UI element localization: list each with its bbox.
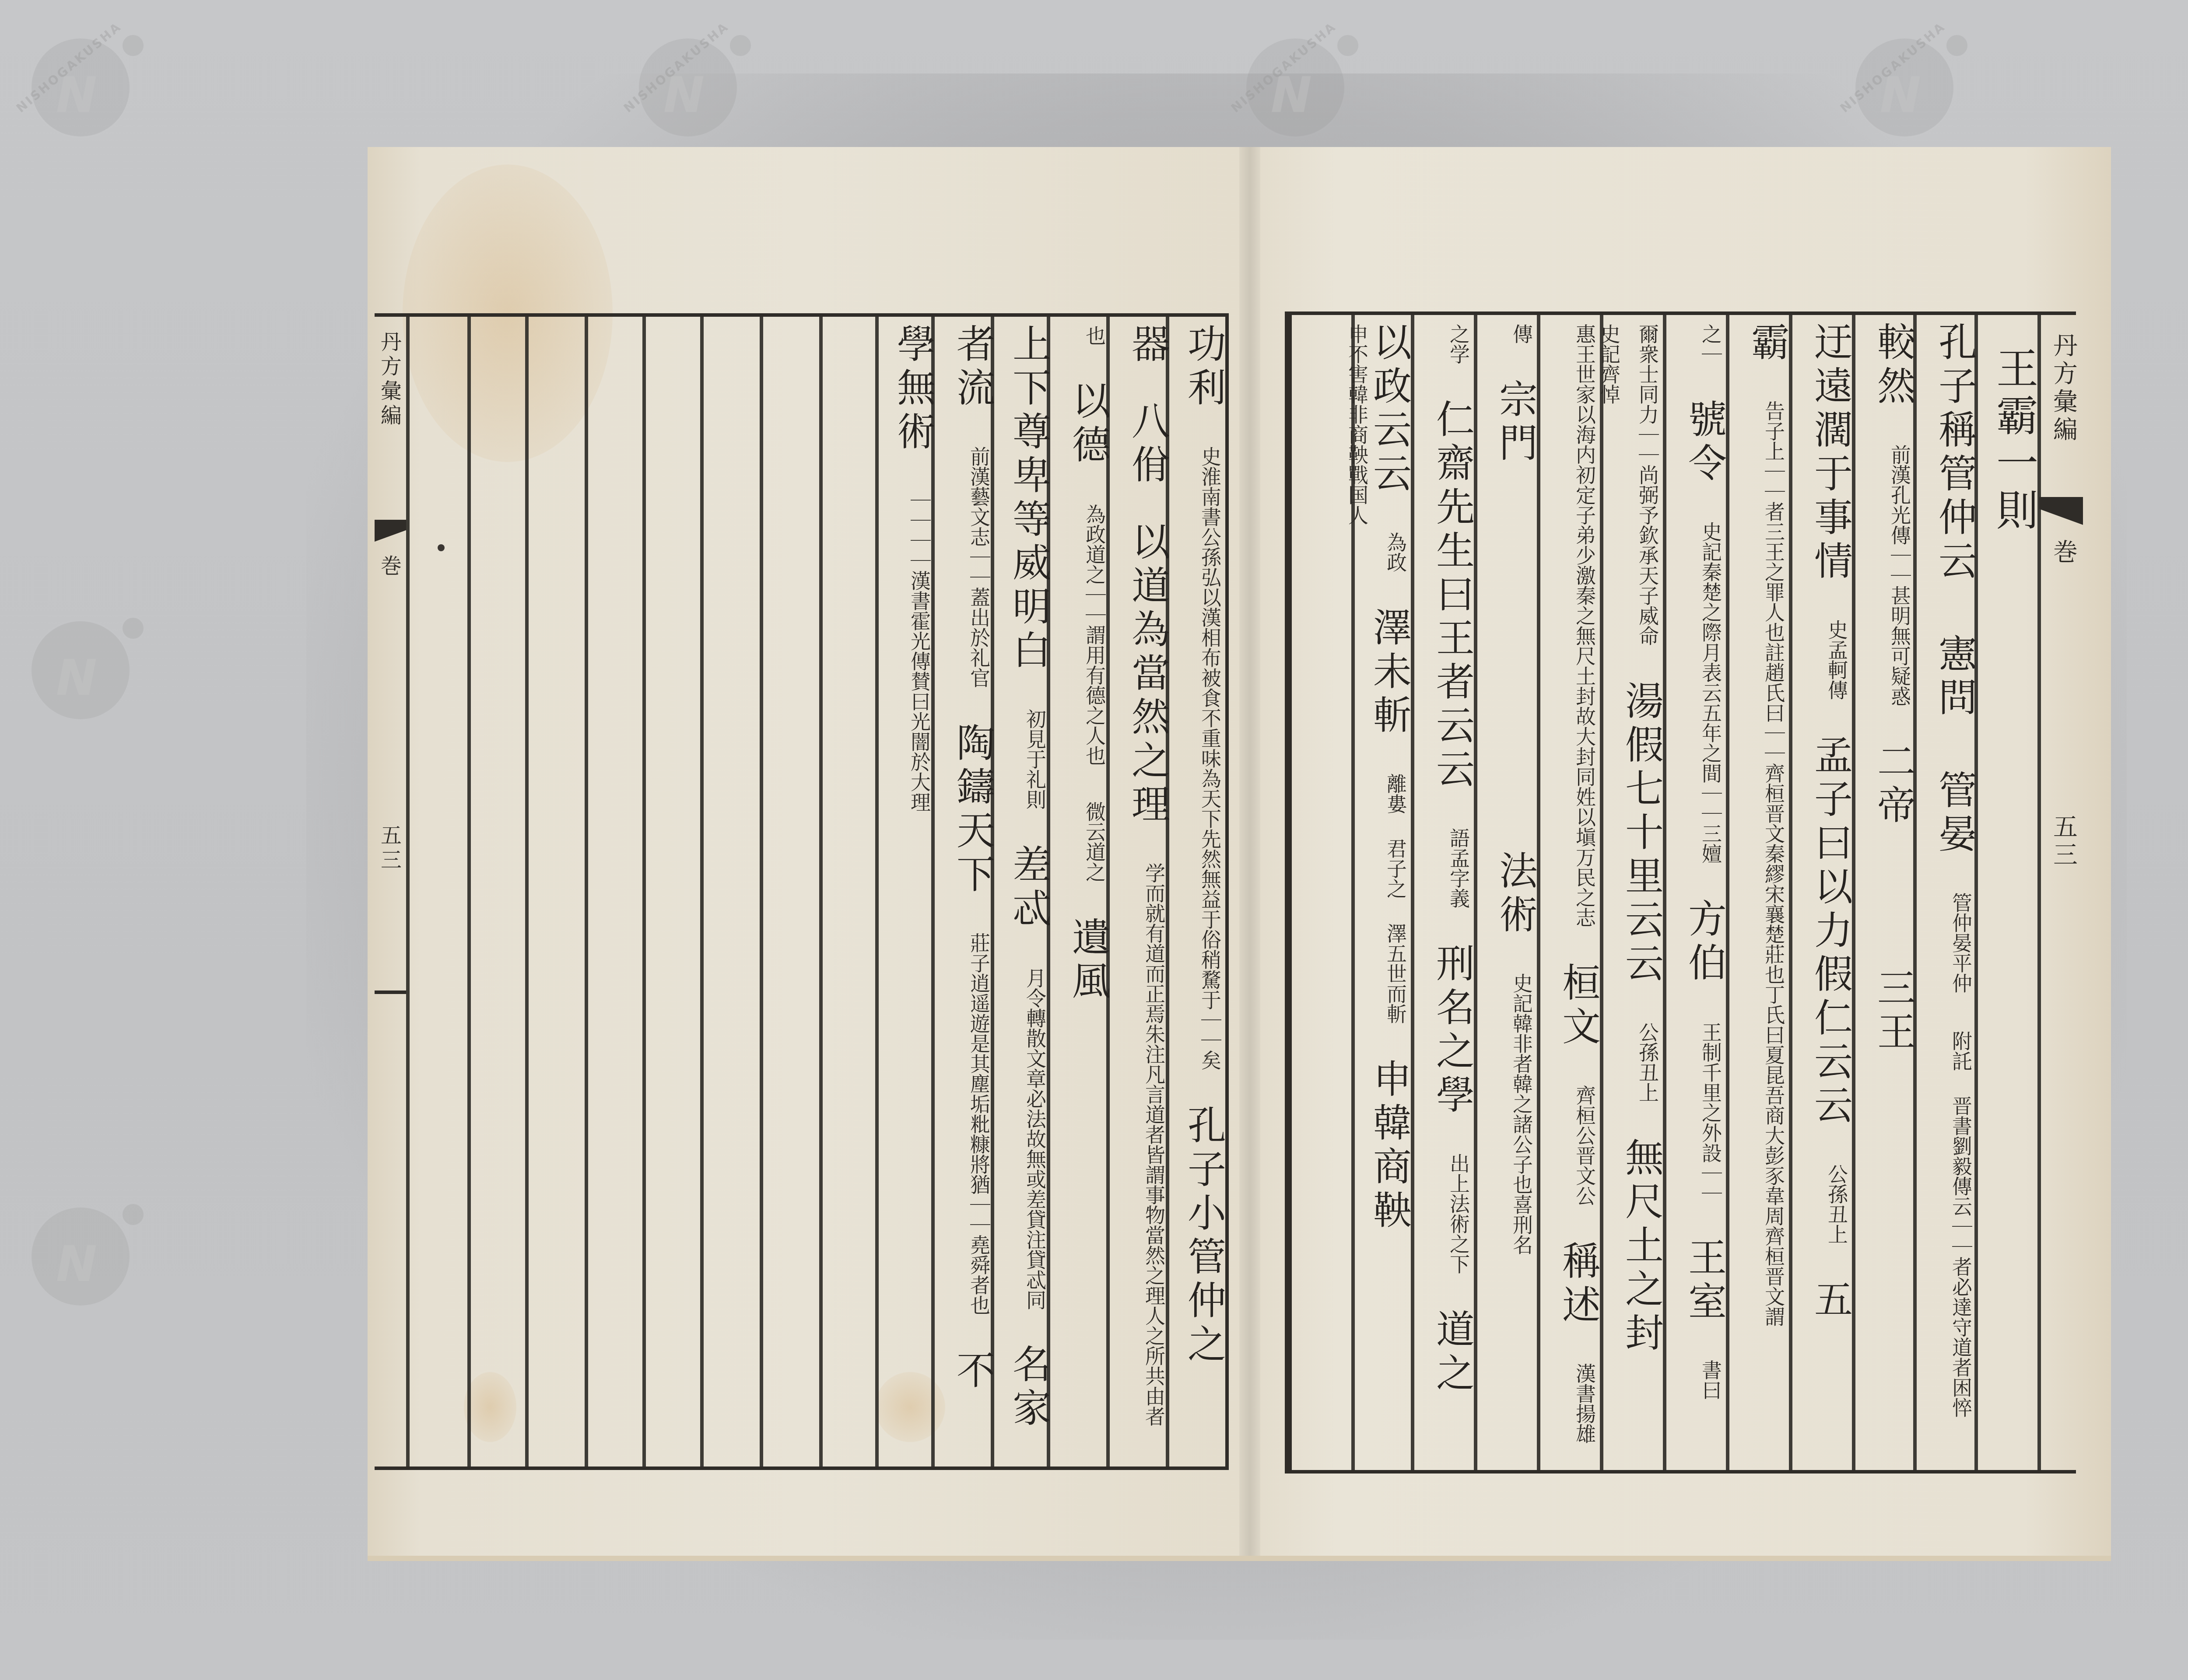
hashin-divider <box>2039 497 2083 500</box>
column-rule <box>760 317 762 1466</box>
text-column: 迂遠濶于事情 史孟軻傳 孟子曰以力假仁云云 公孫丑上 五 <box>1792 322 1848 1463</box>
watermark-logo-icon: N <box>32 621 130 719</box>
text-column: 功利 史淮南書公孫弘以漢相布被食不重味為天下先然無益于俗稍騖于｜｜矣 孔子小管仲… <box>1169 324 1222 1459</box>
column-rule <box>700 317 703 1466</box>
column-rule <box>1663 315 1666 1470</box>
column-rule <box>819 317 822 1466</box>
hashin-title: 丹方彙編 <box>376 331 406 429</box>
text-column: 惠王世家以海内初定子弟少激秦之無尺土封故大封同姓以塡万民之志 桓文 齊桓公晋文公… <box>1540 322 1596 1463</box>
column-rule <box>1106 317 1109 1466</box>
column-rule <box>642 317 645 1466</box>
scan-stage: N N N N N N N N N NISHOGAKUSHA NISHOGAKU… <box>0 0 2188 1680</box>
column-rule <box>467 317 470 1466</box>
text-column: 上下尊卑等威明白 初見于礼則 差忒 月令轉散文章必法故無或差貸注貸忒同 名家 <box>994 324 1047 1459</box>
text-column: 較然 前漢孔光傳｜｜甚明無可疑惑 二帝 三王 <box>1855 322 1911 1463</box>
hashin-volume: 巻 <box>376 555 406 579</box>
column-rule <box>1913 315 1916 1470</box>
column-rule <box>525 317 528 1466</box>
column-rule <box>585 317 587 1466</box>
text-column-heading: 王霸一則 <box>1978 322 2034 1463</box>
column-rule <box>1537 315 1539 1470</box>
right-hashin: 丹方彙編 巻 五三 <box>2039 315 2083 1470</box>
column-rule <box>1789 315 1792 1470</box>
column-rule <box>1852 315 1855 1470</box>
watermark-logo-icon: N <box>32 1207 130 1305</box>
text-column: 也 以德 為政道之｜｜謂用有德之人也 微云道之 遺風 <box>1050 324 1106 1459</box>
text-column: 學無術 ｜｜｜｜漢書霍光傳賛曰光闇於大理 <box>879 324 931 1459</box>
text-column: 者流 前漢藝文志｜｜蓋出於礼官 陶鑄天下 莊子逍遥遊是其塵垢粃糠將猶｜｜堯舜者也… <box>935 324 991 1459</box>
left-hashin: 丹方彙編 巻 五三 <box>375 317 406 1466</box>
hashin-volume: 巻 <box>2046 539 2081 567</box>
right-page-frame: 丹方彙編 巻 五三 王霸一則 孔子稱管仲云 憲問 管晏 管仲晏平仲 附託 晋書劉… <box>1285 311 2076 1473</box>
column-rule <box>1600 315 1602 1470</box>
hashin-page-number: 五三 <box>376 824 406 873</box>
column-rule <box>1474 315 1476 1470</box>
hashin-title: 丹方彙編 <box>2046 332 2081 444</box>
column-rule <box>1411 315 1413 1470</box>
gutter <box>1239 147 1260 1556</box>
hashin-divider <box>375 990 406 993</box>
column-rule <box>1726 315 1729 1470</box>
text-column: 之学 仁齋先生曰王者云云 語孟字義 刑名之學 出上法術之下 道之 <box>1414 322 1470 1463</box>
text-column: 器 八佾 以道為當然之理 学而就有道而正焉朱注凡言道者皆謂事物當然之理人之所共由… <box>1110 324 1166 1459</box>
column-rule <box>406 317 409 1466</box>
book-spread: 丹方彙編 巻 五三 功利 史淮南書公孫弘以漢相 <box>368 147 2111 1556</box>
text-column: 霸 告子上｜｜者三王之罪人也註趙氏曰｜｜齊桓晋文秦繆宋襄楚莊也丁氏曰夏昆吾商大彭… <box>1729 322 1785 1463</box>
left-page-frame: 丹方彙編 巻 五三 功利 史淮南書公孫弘以漢相 <box>375 313 1229 1470</box>
text-column: 之｜ 號令 史記秦楚之際月表云五年之間｜｜三嬗 方伯 王制千里之外設｜｜ 王室 … <box>1666 322 1722 1463</box>
column-rule <box>931 317 934 1466</box>
fishtail-mark-icon <box>2039 500 2083 528</box>
hashin-page-number: 五三 <box>2046 814 2081 870</box>
ink-spot <box>438 544 445 551</box>
fishtail-mark-icon <box>375 520 406 548</box>
text-column: 傳 宗門 法術 史記韓非者韓之諸公子也喜刑名 <box>1477 322 1533 1463</box>
text-column: 爾衆士同力｜｜尚弼予欽承天子威命 湯假七十里云云 公孫丑上 無尺土之封 史記齊悼 <box>1603 322 1659 1463</box>
text-column: 孔子稱管仲云 憲問 管晏 管仲晏平仲 附託 晋書劉毅傳云｜｜者必達守道者困悴 <box>1917 322 1973 1463</box>
column-rule <box>875 317 878 1466</box>
text-column: 以政云云 為政 澤未斬 離婁 君子之 澤五世而斬 申韓商鞅 申不害韓非商鞅戰国人 <box>1295 322 1407 1463</box>
